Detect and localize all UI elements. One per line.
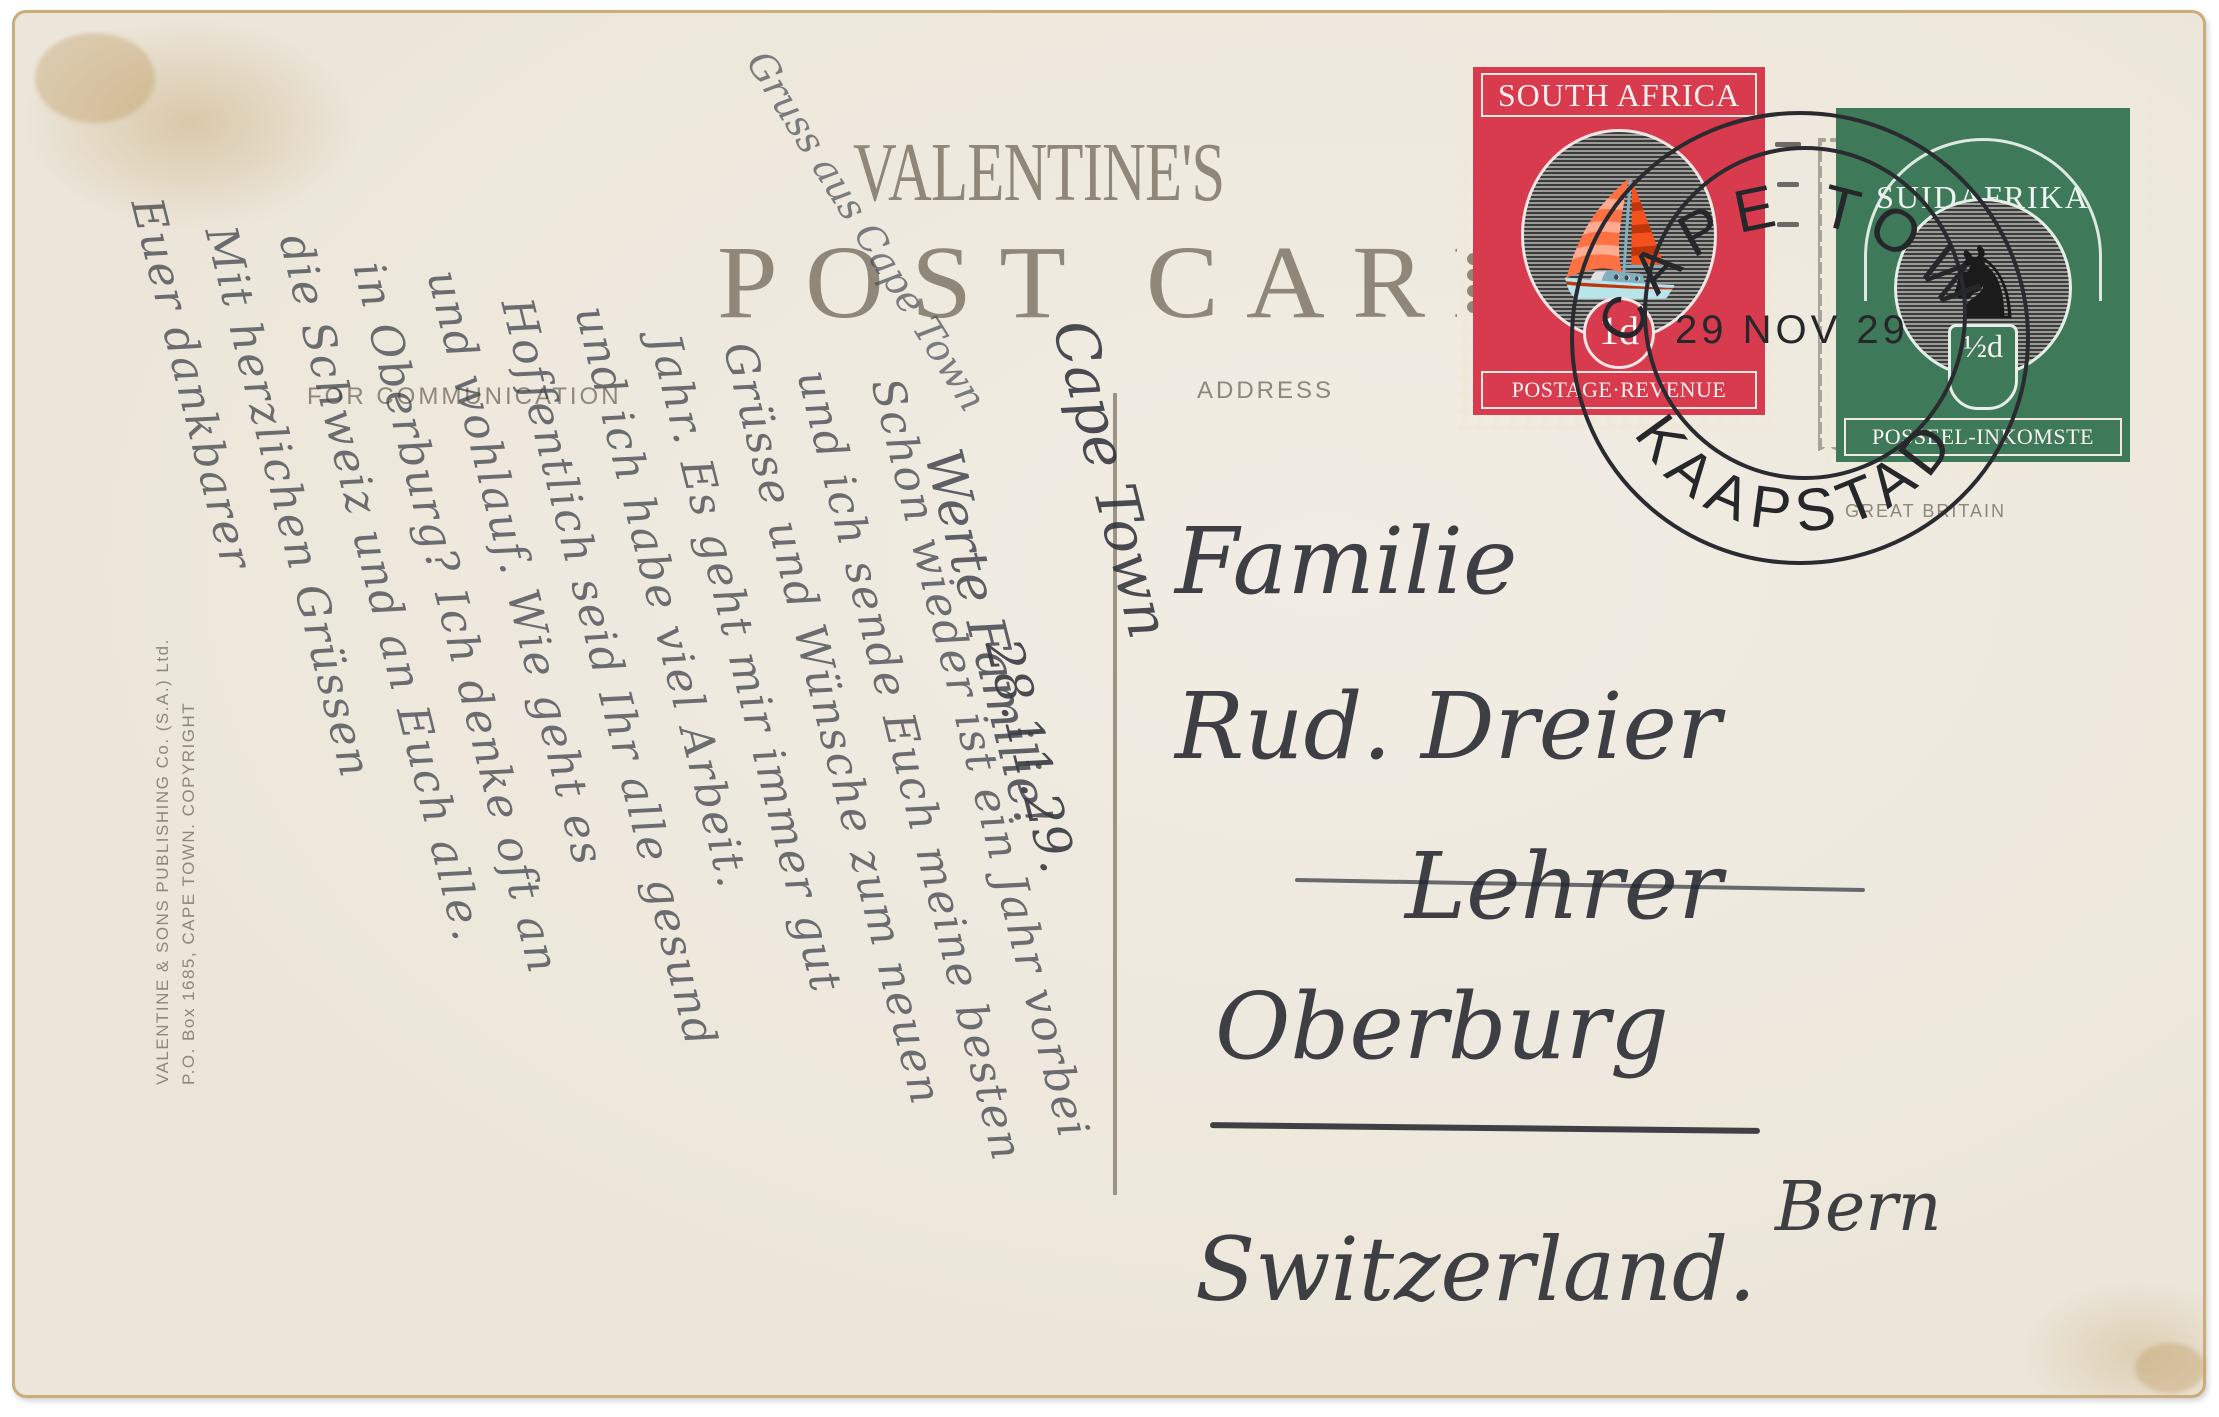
address-label: ADDRESS (1197, 377, 1334, 405)
address-line-town: Oberburg (1215, 973, 1669, 1080)
address-line-country: Switzerland. (1195, 1218, 1756, 1321)
address-line-recipient-group: Familie (1175, 508, 1517, 615)
publisher-line-2: P.O. Box 1685, CAPE TOWN. COPYRIGHT (179, 702, 199, 1085)
postmark: CAPE TOWN KAAPSTAD 29 NOV 29 (1565, 98, 2035, 568)
corner-stain (2135, 1343, 2205, 1393)
brand-heading: VALENTINE'S (853, 131, 1224, 215)
message-place: Cape Town (1039, 313, 1184, 645)
publisher-line-1: VALENTINE & SONS PUBLISHING Co. (S.A.) L… (153, 638, 173, 1085)
address-line-canton: Bern (1775, 1168, 1942, 1247)
postmark-date: 29 NOV 29 (1675, 308, 1909, 352)
address-line-name: Rud. Dreier (1175, 673, 1721, 780)
town-underline (1210, 1122, 1760, 1134)
postmark-ring: CAPE TOWN KAAPSTAD 29 NOV 29 (1565, 98, 2035, 568)
address-line-title: Lehrer (1405, 833, 1722, 940)
corner-stain (35, 33, 155, 123)
postcard-title: POST CARD (717, 231, 1558, 335)
